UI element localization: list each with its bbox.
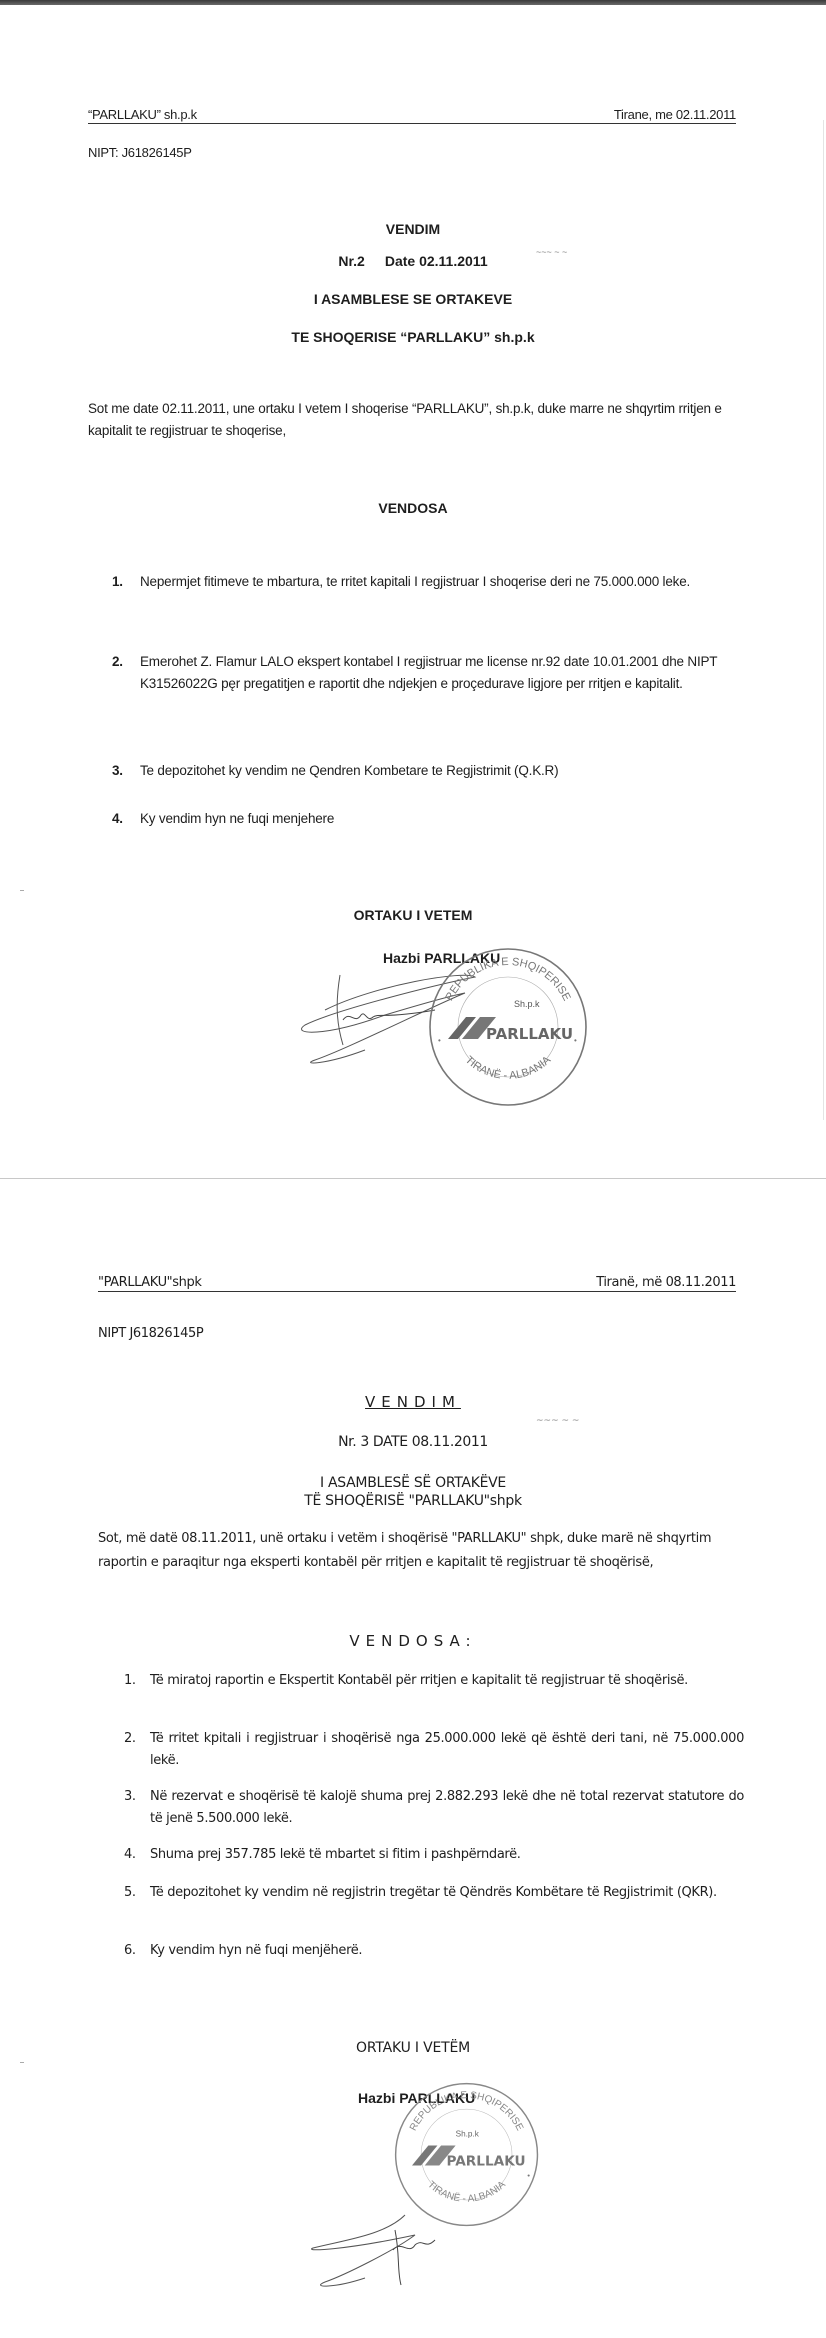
decision-text: Te depozitohet ky vendim ne Qendren Komb… xyxy=(140,760,558,782)
document-title: VENDIM xyxy=(0,221,826,237)
scan-mark xyxy=(20,2062,24,2063)
tax-id: NIPT: J61826145P xyxy=(88,145,192,160)
company-name: "PARLLAKU"shpk xyxy=(98,1275,201,1290)
assembly-line-2: TË SHOQËRISË "PARLLAKU"shpk xyxy=(0,1493,826,1509)
decision-number: 1. xyxy=(124,1670,150,1692)
svg-text:Sh.p.k: Sh.p.k xyxy=(514,999,540,1009)
assembly-line-1: I ASAMBLESE SE ORTAKEVE xyxy=(0,291,826,307)
decision-number-date: Nr. 3 DATE 08.11.2011 xyxy=(0,1434,826,1450)
decision-text: Shuma prej 357.785 lekë të mbartet si fi… xyxy=(150,1844,521,1866)
svg-text:PARLLAKU: PARLLAKU xyxy=(447,2153,526,2169)
svg-text:TIRANË - ALBANIA: TIRANË - ALBANIA xyxy=(463,1054,554,1082)
decision-text: Të rritet kpitali i regjistruar i shoqër… xyxy=(150,1728,744,1772)
decision-item: 3. Në rezervat e shoqërisë të kalojë shu… xyxy=(124,1786,744,1830)
decision-number-date: Nr.2Date 02.11.2011 xyxy=(0,253,826,269)
scan-edge-shadow xyxy=(0,0,826,5)
svg-text:TIRANË - ALBANIA: TIRANË - ALBANIA xyxy=(425,2179,508,2205)
company-name: “PARLLAKU” sh.p.k xyxy=(88,107,197,122)
decision-item: 2. Të rritet kpitali i regjistruar i sho… xyxy=(124,1728,744,1772)
decided-heading: VENDOSA xyxy=(0,500,826,516)
decision-number: 2. xyxy=(112,651,140,695)
decision-number: 4. xyxy=(124,1844,150,1866)
decision-number: 5. xyxy=(124,1882,150,1904)
signatory-title: ORTAKU I VETËM xyxy=(0,2040,826,2056)
decision-item: 3. Te depozitohet ky vendim ne Qendren K… xyxy=(112,760,732,782)
decision-number: 3. xyxy=(124,1786,150,1830)
letterhead: “PARLLAKU” sh.p.k Tirane, me 02.11.2011 xyxy=(88,107,736,124)
place-date: Tirane, me 02.11.2011 xyxy=(614,107,736,122)
decision-item: 1. Të miratoj raportin e Ekspertit Konta… xyxy=(124,1670,744,1692)
decision-number: 2. xyxy=(124,1728,150,1772)
decision-item: 6. Ky vendim hyn në fuqi menjëherë. xyxy=(124,1940,744,1962)
decision-number: Nr.2 xyxy=(338,253,364,269)
company-stamp-icon: REPUBLIKA E SHQIPERISE TIRANË - ALBANIA … xyxy=(426,945,591,1110)
scan-edge-line xyxy=(823,120,824,1120)
decided-heading: VENDOSA: xyxy=(0,1632,826,1650)
decision-text: Emerohet Z. Flamur LALO ekspert kontabel… xyxy=(140,651,732,695)
decision-item: 4. Shuma prej 357.785 lekë të mbartet si… xyxy=(124,1844,744,1866)
intro-paragraph: Sot me date 02.11.2011, une ortaku I vet… xyxy=(88,398,748,442)
signatory-title: ORTAKU I VETEM xyxy=(0,907,826,923)
decision-date: Date 02.11.2011 xyxy=(385,253,488,269)
page-separator xyxy=(0,1178,826,1179)
intro-paragraph: Sot, më datë 08.11.2011, unë ortaku i ve… xyxy=(98,1527,748,1575)
assembly-line-1: I ASAMBLESË SË ORTAKËVE xyxy=(0,1475,826,1491)
place-date: Tiranë, më 08.11.2011 xyxy=(596,1275,736,1290)
document-title: VENDIM xyxy=(0,1393,826,1411)
decision-number: 1. xyxy=(112,571,140,593)
scan-mark xyxy=(20,890,24,891)
tax-id: NIPT J61826145P xyxy=(98,1326,203,1341)
decision-number: 6. xyxy=(124,1940,150,1962)
decision-text: Në rezervat e shoqërisë të kalojë shuma … xyxy=(150,1786,744,1830)
decision-item: 4. Ky vendim hyn ne fuqi menjehere xyxy=(112,808,732,830)
company-stamp-icon: REPUBLIKA E SHQIPERISE TIRANË - ALBANIA … xyxy=(392,2080,542,2230)
svg-text:•: • xyxy=(574,1036,577,1045)
signature-icon xyxy=(305,2210,455,2290)
decision-text: Të depozitohet ky vendim në regjistrin t… xyxy=(150,1882,717,1904)
decision-item: 5. Të depozitohet ky vendim në regjistri… xyxy=(124,1882,744,1904)
decision-item: 2. Emerohet Z. Flamur LALO ekspert konta… xyxy=(112,651,732,695)
svg-text:PARLLAKU: PARLLAKU xyxy=(486,1025,573,1043)
svg-text:•: • xyxy=(438,1036,441,1045)
decision-text: Ky vendim hyn ne fuqi menjehere xyxy=(140,808,334,830)
decision-number: 3. xyxy=(112,760,140,782)
decision-text: Ky vendim hyn në fuqi menjëherë. xyxy=(150,1940,362,1962)
decision-number: 4. xyxy=(112,808,140,830)
scan-noise: ~~~ ~ ~ xyxy=(536,1416,579,1426)
decision-text: Të miratoj raportin e Ekspertit Kontabël… xyxy=(150,1670,688,1692)
decision-text: Nepermjet fitimeve te mbartura, te rrite… xyxy=(140,571,690,593)
decision-item: 1. Nepermjet fitimeve te mbartura, te rr… xyxy=(112,571,732,593)
svg-text:•: • xyxy=(527,2171,531,2180)
letterhead: "PARLLAKU"shpk Tiranë, më 08.11.2011 xyxy=(98,1275,736,1292)
svg-text:Sh.p.k: Sh.p.k xyxy=(456,2129,480,2138)
assembly-line-2: TE SHOQERISE “PARLLAKU” sh.p.k xyxy=(0,329,826,345)
